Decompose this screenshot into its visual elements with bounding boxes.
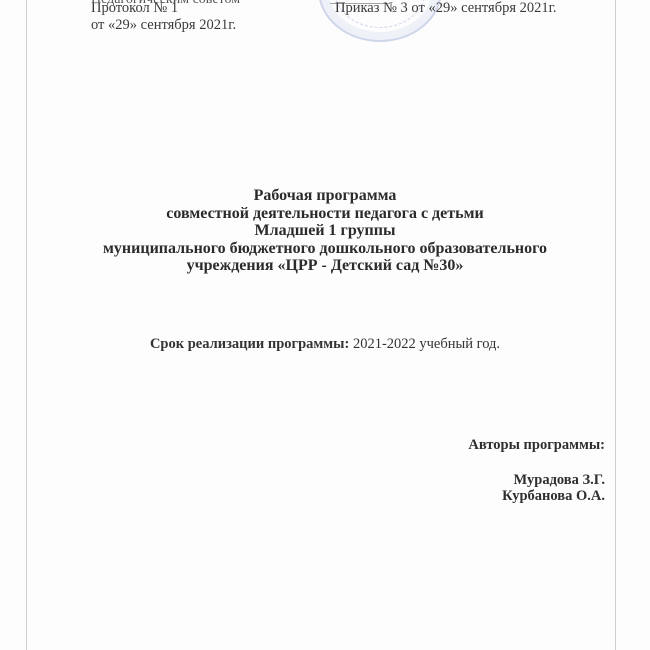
author-name: Курбанова О.А.: [468, 488, 605, 504]
title-line-1: Рабочая программа: [60, 187, 590, 205]
program-title: Рабочая программа совместной деятельност…: [60, 187, 590, 275]
scan-edge-right: [615, 0, 616, 650]
author-name: Мурадова З.Г.: [468, 472, 605, 488]
header-left-cut-line: Педагогическим советом: [91, 0, 240, 8]
title-line-3: Младшей 1 группы: [60, 222, 590, 240]
term-value: 2021-2022 учебный год.: [349, 336, 500, 352]
scan-edge-left: [26, 0, 27, 650]
term-label: Срок реализации программы:: [150, 336, 349, 352]
authors-block: Авторы программы: Мурадова З.Г. Курбанов…: [468, 437, 605, 504]
authors-title: Авторы программы:: [468, 437, 605, 454]
implementation-term: Срок реализации программы: 2021-2022 уче…: [0, 336, 650, 353]
approval-block-right: Приказ № 3 от «29» сентября 2021г.: [335, 0, 557, 17]
title-line-2: совместной деятельности педагога с детьм…: [60, 205, 590, 223]
order-number-date: Приказ № 3 от «29» сентября 2021г.: [335, 0, 557, 17]
approval-block-left: Педагогическим советом Протокол № 1 от «…: [91, 0, 236, 34]
title-line-5: учреждения «ЦРР - Детский сад №30»: [60, 257, 590, 275]
title-line-4: муниципального бюджетного дошкольного об…: [60, 240, 590, 258]
document-page: Педагогическим советом Протокол № 1 от «…: [0, 0, 650, 650]
protocol-date: от «29» сентября 2021г.: [91, 17, 236, 34]
